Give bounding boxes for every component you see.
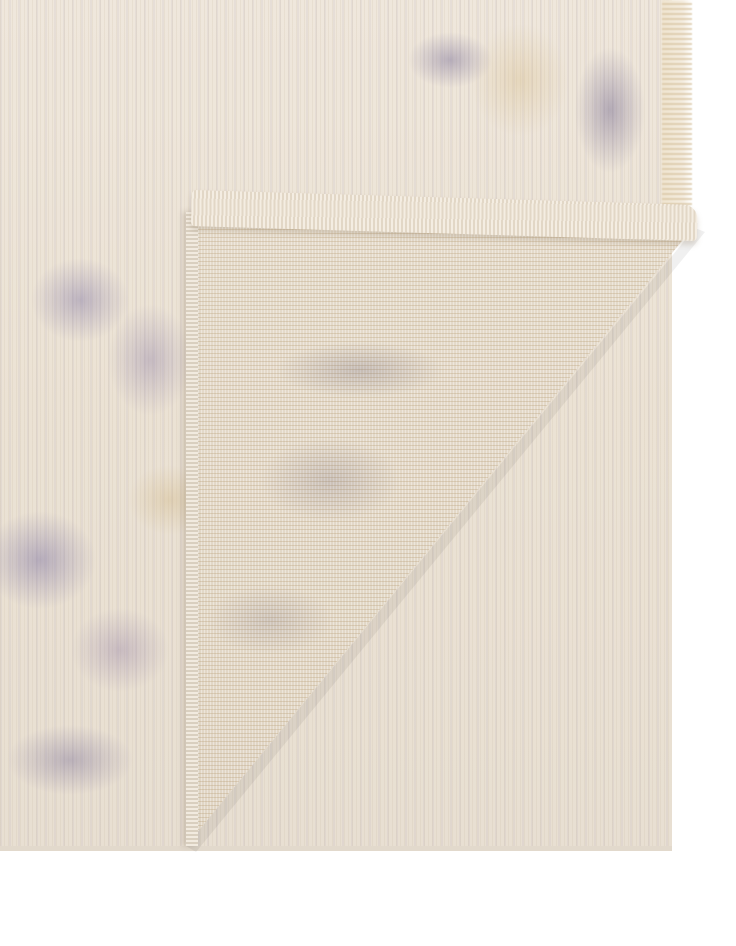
rug-photo (0, 0, 736, 946)
rug-side-binding (186, 212, 198, 846)
rug-right-fringe (662, 0, 692, 215)
